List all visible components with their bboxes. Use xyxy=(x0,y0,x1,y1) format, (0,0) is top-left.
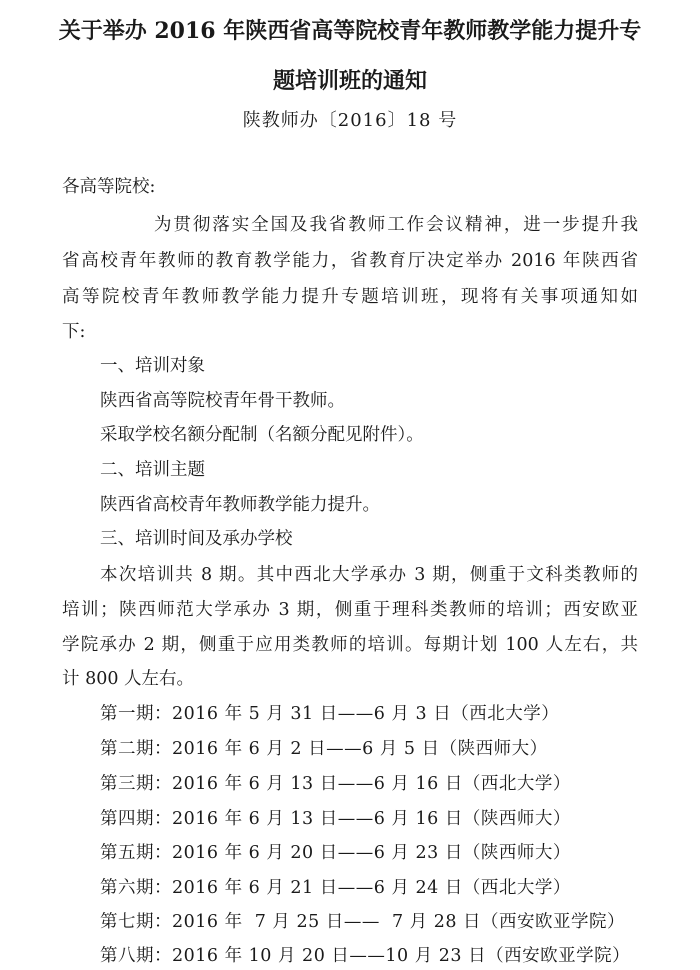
section-1-line-2: 采取学校名额分配制（名额分配见附件）。 xyxy=(100,424,424,446)
salutation: 各高等院校: xyxy=(62,176,155,198)
schedule-item: 第五期：2016 年 6 月 20 日——6 月 23 日（陕西师大） xyxy=(100,842,571,864)
schedule-item: 第四期：2016 年 6 月 13 日——6 月 16 日（陕西师大） xyxy=(100,808,571,830)
section-1-line-1: 陕西省高等院校青年骨干教师。 xyxy=(100,390,345,412)
schedule-item: 第七期：2016 年 7 月 25 日—— 7 月 28 日（西安欧亚学院） xyxy=(100,911,625,933)
intro-line-4: 下: xyxy=(62,321,85,343)
schedule-item: 第八期：2016 年 10 月 20 日——10 月 23 日（西安欧亚学院） xyxy=(100,945,630,967)
schedule-item: 第二期：2016 年 6 月 2 日——6 月 5 日（陕西师大） xyxy=(100,738,548,760)
document-number: 陕教师办〔2016〕18 号 xyxy=(0,106,700,132)
section-3-para-line-3: 学院承办 2 期，侧重于应用类教师的培训。每期计划 100 人左右，共 xyxy=(62,634,638,656)
section-2-heading: 二、培训主题 xyxy=(100,459,205,481)
intro-line-1: 为贯彻落实全国及我省教师工作会议精神，进一步提升我 xyxy=(154,214,638,236)
document-title-line-1: 关于举办 2016 年陕西省高等院校青年教师教学能力提升专 xyxy=(0,14,700,45)
document-title-line-2: 题培训班的通知 xyxy=(0,64,700,95)
section-2-line-1: 陕西省高校青年教师教学能力提升。 xyxy=(100,494,380,516)
section-3-para-line-1: 本次培训共 8 期。其中西北大学承办 3 期，侧重于文科类教师的 xyxy=(100,564,638,586)
intro-line-3: 高等院校青年教师教学能力提升专题培训班，现将有关事项通知如 xyxy=(62,286,638,308)
notice-document: 关于举办 2016 年陕西省高等院校青年教师教学能力提升专 题培训班的通知 陕教… xyxy=(0,0,700,970)
section-3-para-line-2: 培训；陕西师范大学承办 3 期，侧重于理科类教师的培训；西安欧亚 xyxy=(62,599,638,621)
section-3-heading: 三、培训时间及承办学校 xyxy=(100,528,293,550)
schedule-item: 第六期：2016 年 6 月 21 日——6 月 24 日（西北大学） xyxy=(100,877,571,899)
section-1-heading: 一、培训对象 xyxy=(100,355,205,377)
schedule-item: 第一期：2016 年 5 月 31 日——6 月 3 日（西北大学） xyxy=(100,703,559,725)
intro-line-2: 省高校青年教师的教育教学能力，省教育厅决定举办 2016 年陕西省 xyxy=(62,250,638,272)
section-3-para-line-4: 计 800 人左右。 xyxy=(62,668,194,690)
schedule-item: 第三期：2016 年 6 月 13 日——6 月 16 日（西北大学） xyxy=(100,773,571,795)
